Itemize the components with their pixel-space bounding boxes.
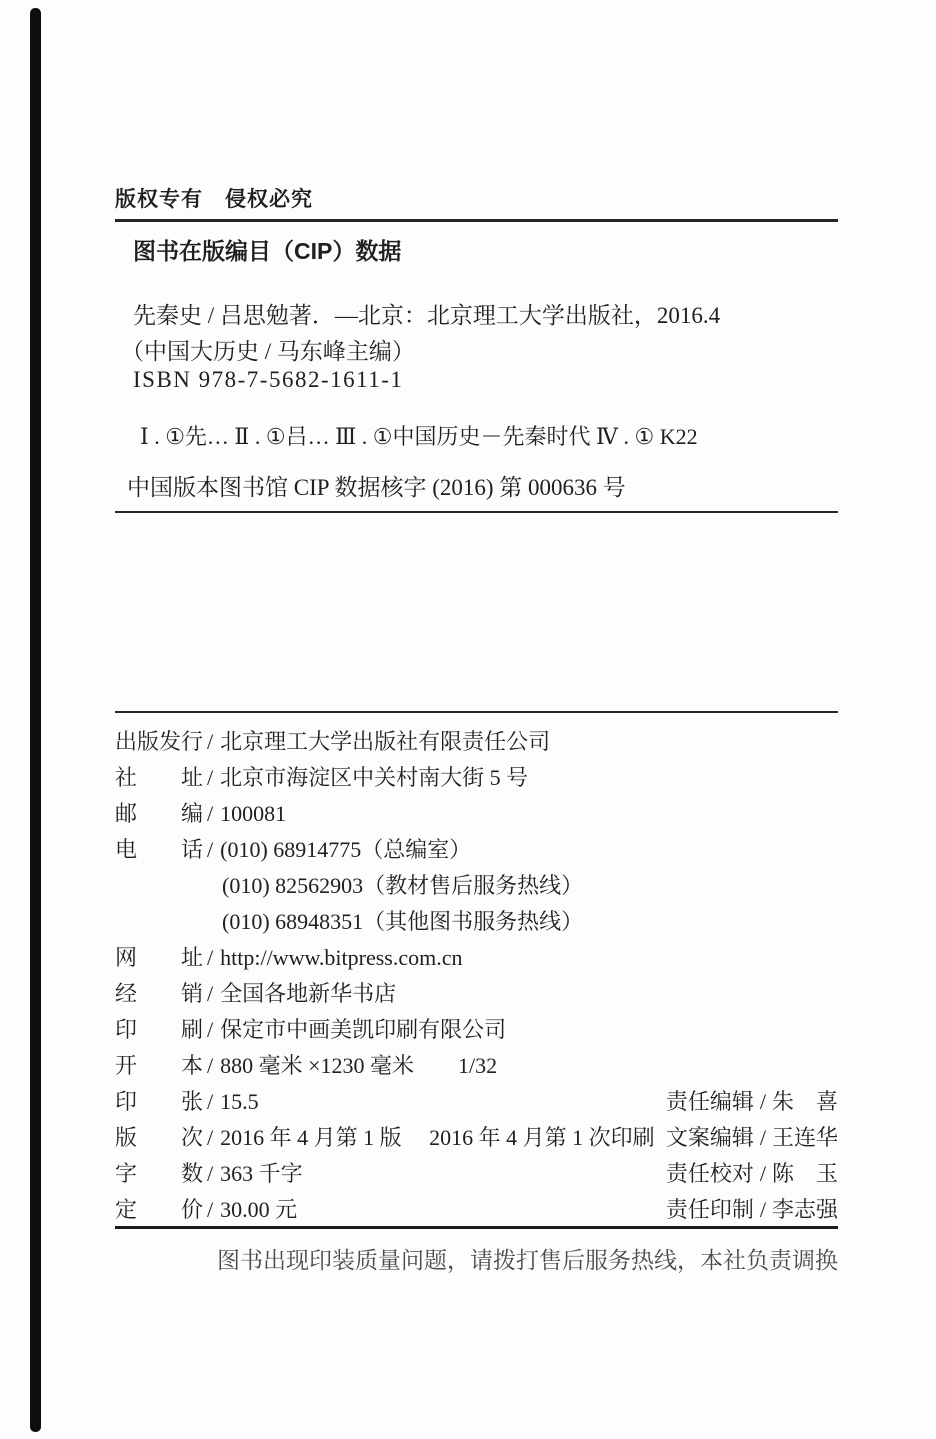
publication-info: 出版发行/北京理工大学出版社有限责任公司 社 址/北京市海淀区中关村南大街 5 … bbox=[115, 724, 838, 1228]
isbn: ISBN 978-7-5682-1611-1 bbox=[133, 367, 403, 393]
slash-separator: / bbox=[754, 1125, 772, 1150]
pub-label: 版 次 bbox=[115, 1120, 205, 1156]
slash-separator: / bbox=[754, 1161, 772, 1186]
staff-proofreader: 责任校对/陈 玉 bbox=[666, 1156, 838, 1192]
pub-label: 出版发行 bbox=[115, 724, 205, 760]
scan-gutter-bar bbox=[30, 8, 41, 1432]
pub-value: 30.00 元 bbox=[220, 1197, 297, 1222]
cip-record-number: 中国版本图书馆 CIP 数据核字 (2016) 第 000636 号 bbox=[127, 469, 626, 502]
pub-value: (010) 82562903（教材售后服务热线） bbox=[222, 873, 583, 898]
pub-label: 经 销 bbox=[115, 976, 205, 1012]
staff-name: 陈 玉 bbox=[772, 1161, 838, 1186]
slash-separator: / bbox=[205, 729, 220, 754]
pub-row-format: 开 本/880 毫米 ×1230 毫米 1/32 bbox=[115, 1048, 838, 1084]
slash-separator: / bbox=[205, 801, 220, 826]
pub-row-postcode: 邮 编/100081 bbox=[115, 796, 838, 832]
slash-separator: / bbox=[205, 1053, 220, 1078]
pub-row-distribution: 经 销/全国各地新华书店 bbox=[115, 976, 838, 1012]
slash-separator: / bbox=[205, 1125, 220, 1150]
pub-label: 定 价 bbox=[115, 1192, 205, 1228]
pub-label: 印 刷 bbox=[115, 1012, 205, 1048]
pub-value: 880 毫米 ×1230 毫米 1/32 bbox=[220, 1053, 497, 1078]
pub-value: (010) 68914775（总编室） bbox=[220, 837, 471, 862]
pub-label: 电 话 bbox=[115, 832, 205, 868]
divider-footer bbox=[115, 1226, 838, 1229]
cip-series-line: （中国大历史 / 马东峰主编） bbox=[121, 333, 415, 366]
cip-title-line: 先秦史 / 吕思勉著．—北京：北京理工大学出版社，2016.4 bbox=[133, 297, 720, 330]
cip-heading: 图书在版编目（CIP）数据 bbox=[133, 233, 401, 266]
slash-separator: / bbox=[754, 1197, 772, 1222]
pub-row-edition: 版 次/2016 年 4 月第 1 版 2016 年 4 月第 1 次印刷 文案… bbox=[115, 1120, 838, 1156]
slash-separator: / bbox=[205, 945, 220, 970]
pub-row-wordcount: 字 数/363 千字 责任校对/陈 玉 bbox=[115, 1156, 838, 1192]
staff-label: 责任编辑 bbox=[666, 1089, 754, 1114]
staff-name: 王连华 bbox=[772, 1125, 838, 1150]
pub-row-price: 定 价/30.00 元 责任印制/李志强 bbox=[115, 1192, 838, 1228]
pub-value: 363 千字 bbox=[220, 1161, 303, 1186]
pub-row-address: 社 址/北京市海淀区中关村南大街 5 号 bbox=[115, 760, 838, 796]
slash-separator: / bbox=[205, 981, 220, 1006]
pub-value: 100081 bbox=[220, 801, 286, 826]
staff-label: 文案编辑 bbox=[666, 1125, 754, 1150]
pub-label: 字 数 bbox=[115, 1156, 205, 1192]
staff-name: 朱 喜 bbox=[772, 1089, 838, 1114]
slash-separator: / bbox=[205, 1161, 220, 1186]
staff-print-supervisor: 责任印制/李志强 bbox=[666, 1192, 838, 1228]
pub-value: (010) 68948351（其他图书服务热线） bbox=[222, 909, 583, 934]
pub-value: 北京市海淀区中关村南大街 5 号 bbox=[220, 765, 528, 790]
slash-separator: / bbox=[205, 837, 220, 862]
slash-separator: / bbox=[754, 1089, 772, 1114]
pub-row-phone-3: (010) 68948351（其他图书服务热线） bbox=[115, 904, 838, 940]
pub-label: 开 本 bbox=[115, 1048, 205, 1084]
divider-cip bbox=[115, 511, 838, 513]
copyright-notice: 版权专有 侵权必究 bbox=[115, 183, 313, 213]
quality-exchange-note: 图书出现印装质量问题，请拨打售后服务热线，本社负责调换 bbox=[115, 1242, 838, 1275]
pub-row-website: 网 址/http://www.bitpress.com.cn bbox=[115, 940, 838, 976]
pub-value: 保定市中画美凯印刷有限公司 bbox=[220, 1017, 506, 1042]
pub-value: 全国各地新华书店 bbox=[220, 981, 396, 1006]
pub-label: 印 张 bbox=[115, 1084, 205, 1120]
pub-label: 社 址 bbox=[115, 760, 205, 796]
slash-separator: / bbox=[205, 1197, 220, 1222]
cip-classification: Ⅰ . ①先… Ⅱ . ①吕… Ⅲ . ①中国历史－先秦时代 Ⅳ . ① K22 bbox=[140, 420, 698, 451]
slash-separator: / bbox=[205, 1017, 220, 1042]
staff-copy-editor: 文案编辑/王连华 bbox=[666, 1120, 838, 1156]
staff-label: 责任印制 bbox=[666, 1197, 754, 1222]
pub-value website-url: http://www.bitpress.com.cn bbox=[220, 945, 462, 970]
divider-publication bbox=[115, 711, 838, 713]
pub-label: 网 址 bbox=[115, 940, 205, 976]
pub-row-phone-1: 电 话/(010) 68914775（总编室） bbox=[115, 832, 838, 868]
pub-value: 15.5 bbox=[220, 1089, 259, 1114]
pub-value: 2016 年 4 月第 1 版 2016 年 4 月第 1 次印刷 bbox=[220, 1125, 655, 1150]
staff-name: 李志强 bbox=[772, 1197, 838, 1222]
staff-label: 责任校对 bbox=[666, 1161, 754, 1186]
slash-separator: / bbox=[205, 1089, 220, 1114]
pub-row-printer: 印 刷/保定市中画美凯印刷有限公司 bbox=[115, 1012, 838, 1048]
pub-row-phone-2: (010) 82562903（教材售后服务热线） bbox=[115, 868, 838, 904]
pub-label: 邮 编 bbox=[115, 796, 205, 832]
pub-value: 北京理工大学出版社有限责任公司 bbox=[220, 729, 550, 754]
divider-top bbox=[115, 219, 838, 222]
pub-row-sheets: 印 张/15.5 责任编辑/朱 喜 bbox=[115, 1084, 838, 1120]
staff-executive-editor: 责任编辑/朱 喜 bbox=[666, 1084, 838, 1120]
pub-row-publisher: 出版发行/北京理工大学出版社有限责任公司 bbox=[115, 724, 838, 760]
slash-separator: / bbox=[205, 765, 220, 790]
